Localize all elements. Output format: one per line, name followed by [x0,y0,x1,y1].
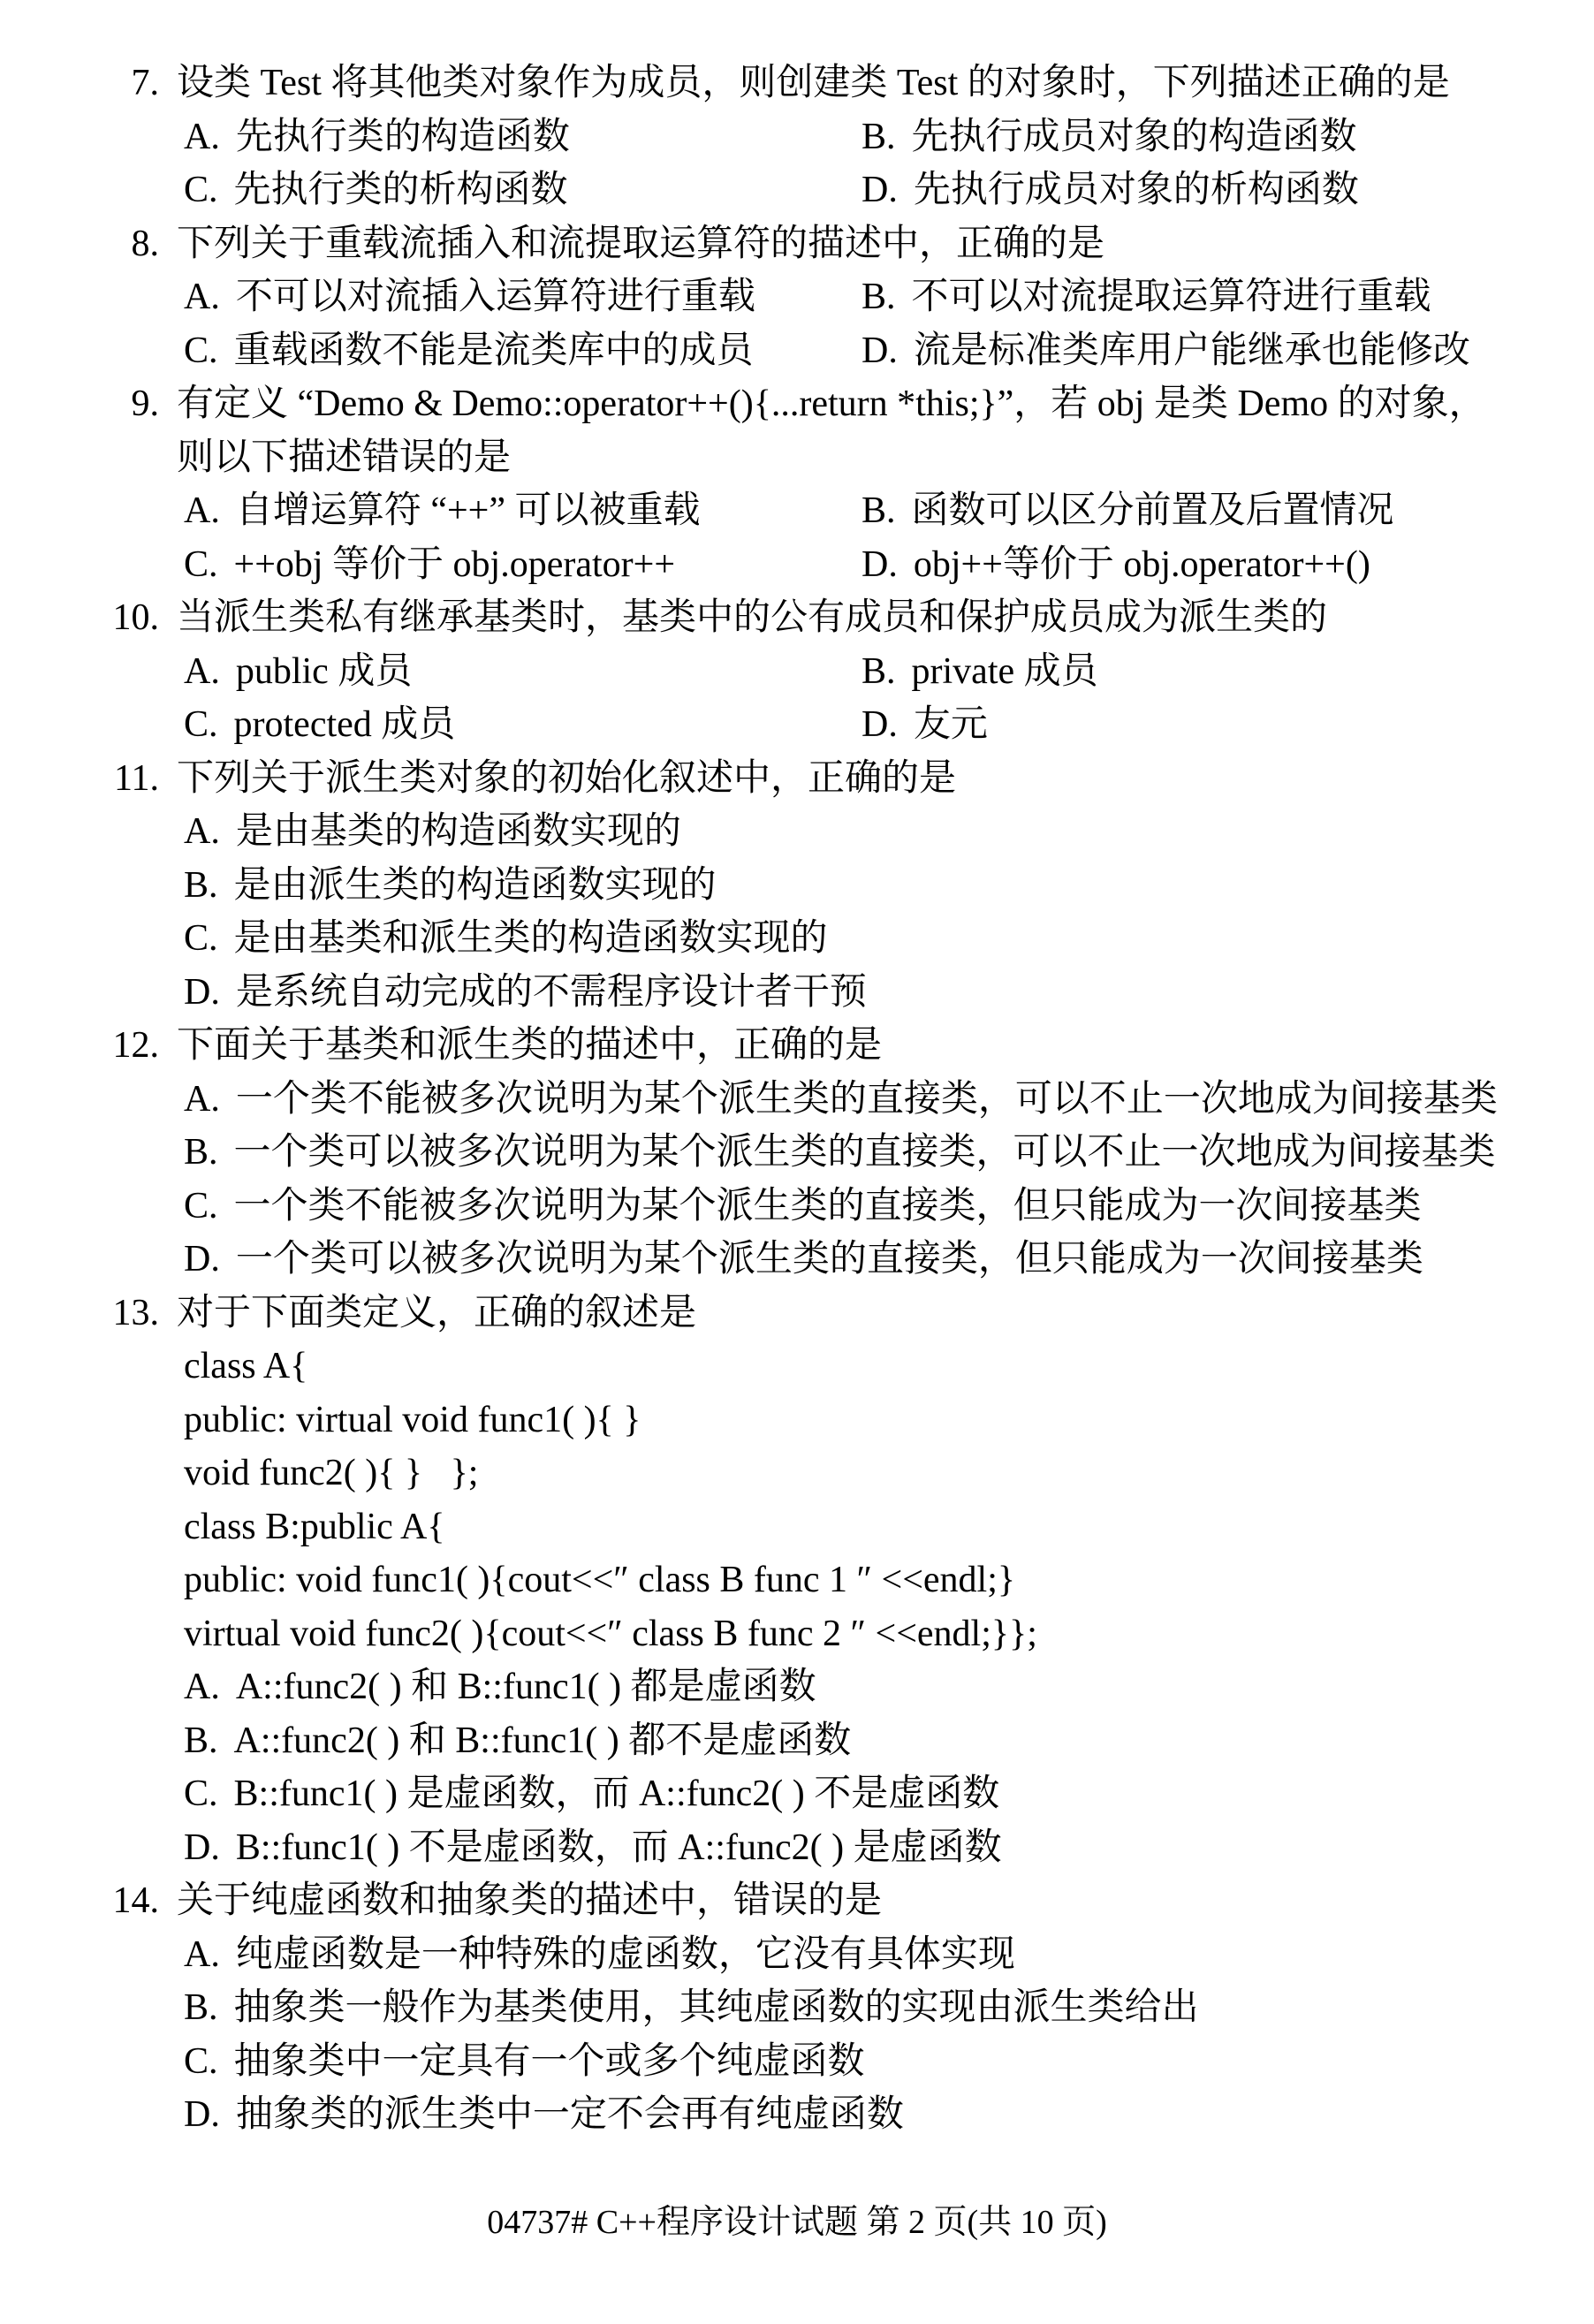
option-b: B.不可以对流提取运算符进行重载 [862,270,1431,324]
option-text: ++obj 等价于 obj.operator++ [234,544,676,585]
code-line: class B:public A{ [0,1500,1594,1554]
question-stem: 设类 Test 将其他类对象作为成员，则创建类 Test 的对象时，下列描述正确… [177,57,1450,110]
option-a: A.先执行类的构造函数 [184,110,862,164]
option-a: A.A::func2( ) 和 B::func1( ) 都是虚函数 [184,1660,816,1714]
option-text: private 成员 [912,651,1098,692]
option-b: B.private 成员 [862,645,1098,699]
option-text: 函数可以区分前置及后置情况 [912,490,1394,531]
option-label: D. [862,330,898,371]
question-7-options-cd: C.先执行类的析构函数 D.先执行成员对象的析构函数 [0,163,1594,217]
question-11-option-c: C.是由基类和派生类的构造函数实现的 [0,912,1594,966]
option-label: C. [184,1186,218,1227]
option-d: D.抽象类的派生类中一定不会再有纯虚函数 [184,2088,904,2142]
option-label: D. [862,704,898,745]
code-line: virtual void func2( ){cout<<″ class B fu… [0,1607,1594,1661]
question-number: 8. [0,217,159,271]
exam-content: 7. 设类 Test 将其他类对象作为成员，则创建类 Test 的对象时，下列描… [0,57,1594,2142]
question-number: 14. [0,1874,159,1928]
option-label: A. [184,277,220,317]
option-text: 先执行类的析构函数 [234,170,568,210]
option-label: D. [862,544,898,585]
option-text: 是由派生类的构造函数实现的 [234,865,717,906]
option-c: C.++obj 等价于 obj.operator++ [184,538,862,592]
question-9-stem-row: 9. 有定义 “Demo & Demo::operator++(){...ret… [0,377,1594,431]
question-11-option-b: B.是由派生类的构造函数实现的 [0,859,1594,913]
option-label: B. [862,651,896,692]
question-number: 10. [0,591,159,645]
question-9-stem-cont: 则以下描述错误的是 [0,431,1594,485]
question-stem: 对于下面类定义，正确的叙述是 [177,1287,696,1340]
option-c: C.先执行类的析构函数 [184,163,862,217]
option-b: B.函数可以区分前置及后置情况 [862,484,1394,538]
option-text: 不可以对流插入运算符进行重载 [236,277,755,317]
question-10-options-cd: C.protected 成员 D.友元 [0,698,1594,752]
option-label: A. [184,1667,220,1707]
option-label: D. [184,1827,220,1868]
question-14-option-c: C.抽象类中一定具有一个或多个纯虚函数 [0,2035,1594,2089]
option-text: protected 成员 [234,704,456,745]
question-10-options-ab: A.public 成员 B.private 成员 [0,645,1594,699]
option-text: 重载函数不能是流类库中的成员 [234,330,754,371]
question-stem: 当派生类私有继承基类时，基类中的公有成员和保护成员成为派生类的 [177,591,1327,645]
option-text: B::func1( ) 不是虚函数，而 A::func2( ) 是虚函数 [236,1827,1002,1868]
option-a: A.纯虚函数是一种特殊的虚函数，它没有具体实现 [184,1928,1015,1982]
question-13-option-b: B.A::func2( ) 和 B::func1( ) 都不是虚函数 [0,1714,1594,1768]
option-d: D.B::func1( ) 不是虚函数，而 A::func2( ) 是虚函数 [184,1821,1002,1875]
option-label: B. [862,117,896,157]
option-text: 抽象类的派生类中一定不会再有纯虚函数 [236,2094,904,2135]
question-11: 11. 下列关于派生类对象的初始化叙述中，正确的是 A.是由基类的构造函数实现的… [0,752,1594,1020]
option-d: D.友元 [862,698,988,752]
question-11-stem-row: 11. 下列关于派生类对象的初始化叙述中，正确的是 [0,752,1594,806]
question-14-option-a: A.纯虚函数是一种特殊的虚函数，它没有具体实现 [0,1928,1594,1982]
code-line: class A{ [0,1340,1594,1394]
option-d: D.obj++等价于 obj.operator++() [862,538,1370,592]
question-number: 11. [0,752,159,806]
question-11-option-a: A.是由基类的构造函数实现的 [0,805,1594,859]
option-b: B.A::func2( ) 和 B::func1( ) 都不是虚函数 [184,1714,851,1768]
option-b: B.一个类可以被多次说明为某个派生类的直接类，可以不止一次地成为间接基类 [184,1126,1496,1180]
option-label: C. [184,1773,218,1814]
option-text: A::func2( ) 和 B::func1( ) 都是虚函数 [236,1667,816,1707]
question-7-stem-row: 7. 设类 Test 将其他类对象作为成员，则创建类 Test 的对象时，下列描… [0,57,1594,110]
question-stem: 关于纯虚函数和抽象类的描述中，错误的是 [177,1874,882,1928]
question-number: 12. [0,1019,159,1073]
option-a: A.是由基类的构造函数实现的 [184,805,681,859]
question-7: 7. 设类 Test 将其他类对象作为成员，则创建类 Test 的对象时，下列描… [0,57,1594,217]
question-12-option-b: B.一个类可以被多次说明为某个派生类的直接类，可以不止一次地成为间接基类 [0,1126,1594,1180]
option-text: 一个类可以被多次说明为某个派生类的直接类，但只能成为一次间接基类 [236,1239,1423,1280]
option-text: A::func2( ) 和 B::func1( ) 都不是虚函数 [234,1720,852,1761]
question-10: 10. 当派生类私有继承基类时，基类中的公有成员和保护成员成为派生类的 A.pu… [0,591,1594,752]
option-label: D. [184,2094,220,2135]
question-13-option-a: A.A::func2( ) 和 B::func1( ) 都是虚函数 [0,1660,1594,1714]
question-12-option-d: D.一个类可以被多次说明为某个派生类的直接类，但只能成为一次间接基类 [0,1233,1594,1287]
question-stem: 有定义 “Demo & Demo::operator++(){...return… [177,377,1486,431]
option-a: A.自增运算符 “++” 可以被重载 [184,484,862,538]
question-14-option-d: D.抽象类的派生类中一定不会再有纯虚函数 [0,2088,1594,2142]
option-text: 一个类可以被多次说明为某个派生类的直接类，可以不止一次地成为间接基类 [234,1132,1496,1173]
option-label: C. [184,544,218,585]
option-label: B. [862,277,896,317]
code-line: void func2( ){ } }; [0,1447,1594,1500]
question-13: 13. 对于下面类定义，正确的叙述是 class A{ public: virt… [0,1287,1594,1875]
question-11-option-d: D.是系统自动完成的不需程序设计者干预 [0,966,1594,1020]
option-b: B.抽象类一般作为基类使用，其纯虚函数的实现由派生类给出 [184,1981,1199,2035]
option-label: C. [184,330,218,371]
question-9: 9. 有定义 “Demo & Demo::operator++(){...ret… [0,377,1594,591]
question-13-option-d: D.B::func1( ) 不是虚函数，而 A::func2( ) 是虚函数 [0,1821,1594,1875]
option-d: D.先执行成员对象的析构函数 [862,163,1359,217]
option-label: D. [184,1239,220,1280]
option-label: B. [184,1987,218,2028]
option-text: 一个类不能被多次说明为某个派生类的直接类，可以不止一次地成为间接基类 [236,1079,1498,1120]
question-number: 13. [0,1287,159,1340]
question-number: 7. [0,57,159,110]
option-label: C. [184,918,218,959]
option-c: C.抽象类中一定具有一个或多个纯虚函数 [184,2035,865,2089]
question-8-options-ab: A.不可以对流插入运算符进行重载 B.不可以对流提取运算符进行重载 [0,270,1594,324]
option-label: A. [184,811,220,852]
option-text: 自增运算符 “++” 可以被重载 [236,490,701,531]
question-14: 14. 关于纯虚函数和抽象类的描述中，错误的是 A.纯虚函数是一种特殊的虚函数，… [0,1874,1594,2142]
option-text: 是由基类和派生类的构造函数实现的 [234,918,828,959]
option-text: B::func1( ) 是虚函数，而 A::func2( ) 不是虚函数 [234,1773,1000,1814]
question-stem: 下列关于派生类对象的初始化叙述中，正确的是 [177,752,956,806]
option-label: A. [184,1079,220,1120]
option-a: A.一个类不能被多次说明为某个派生类的直接类，可以不止一次地成为间接基类 [184,1073,1498,1127]
option-label: A. [184,117,220,157]
option-label: C. [184,704,218,745]
option-c: C.B::func1( ) 是虚函数，而 A::func2( ) 不是虚函数 [184,1767,999,1821]
option-label: B. [184,865,218,906]
question-13-stem-row: 13. 对于下面类定义，正确的叙述是 [0,1287,1594,1340]
question-9-options-ab: A.自增运算符 “++” 可以被重载 B.函数可以区分前置及后置情况 [0,484,1594,538]
exam-page: 7. 设类 Test 将其他类对象作为成员，则创建类 Test 的对象时，下列描… [0,0,1594,2324]
option-c: C.protected 成员 [184,698,862,752]
question-14-stem-row: 14. 关于纯虚函数和抽象类的描述中，错误的是 [0,1874,1594,1928]
option-d: D.流是标准类库用户能继承也能修改 [862,324,1470,378]
question-7-options-ab: A.先执行类的构造函数 B.先执行成员对象的构造函数 [0,110,1594,164]
page-footer: 04737# C++程序设计试题 第 2 页(共 10 页) [0,2196,1594,2249]
question-stem: 下列关于重载流插入和流提取运算符的描述中，正确的是 [177,217,1104,271]
option-text: 先执行类的构造函数 [236,117,570,157]
option-label: A. [184,1934,220,1975]
option-a: A.不可以对流插入运算符进行重载 [184,270,862,324]
question-stem: 下面关于基类和派生类的描述中，正确的是 [177,1019,882,1073]
option-label: B. [184,1720,218,1761]
option-text: 一个类不能被多次说明为某个派生类的直接类，但只能成为一次间接基类 [234,1186,1422,1227]
question-stem-continuation: 则以下描述错误的是 [177,437,511,478]
question-8-stem-row: 8. 下列关于重载流插入和流提取运算符的描述中，正确的是 [0,217,1594,271]
option-b: B.是由派生类的构造函数实现的 [184,859,717,913]
option-label: B. [862,490,896,531]
option-label: A. [184,490,220,531]
option-label: C. [184,170,218,210]
question-12: 12. 下面关于基类和派生类的描述中，正确的是 A.一个类不能被多次说明为某个派… [0,1019,1594,1287]
question-8-options-cd: C.重载函数不能是流类库中的成员 D.流是标准类库用户能继承也能修改 [0,324,1594,378]
option-text: 纯虚函数是一种特殊的虚函数，它没有具体实现 [236,1934,1015,1975]
question-12-option-a: A.一个类不能被多次说明为某个派生类的直接类，可以不止一次地成为间接基类 [0,1073,1594,1127]
question-number: 9. [0,377,159,431]
question-9-options-cd: C.++obj 等价于 obj.operator++ D.obj++等价于 ob… [0,538,1594,592]
question-14-option-b: B.抽象类一般作为基类使用，其纯虚函数的实现由派生类给出 [0,1981,1594,2035]
option-text: 是系统自动完成的不需程序设计者干预 [236,972,867,1013]
option-text: obj++等价于 obj.operator++() [914,544,1370,585]
option-text: 不可以对流提取运算符进行重载 [912,277,1431,317]
option-label: D. [184,972,220,1013]
question-12-option-c: C.一个类不能被多次说明为某个派生类的直接类，但只能成为一次间接基类 [0,1180,1594,1234]
option-b: B.先执行成员对象的构造函数 [862,110,1357,164]
option-label: B. [184,1132,218,1173]
option-text: 抽象类一般作为基类使用，其纯虚函数的实现由派生类给出 [234,1987,1199,2028]
question-12-stem-row: 12. 下面关于基类和派生类的描述中，正确的是 [0,1019,1594,1073]
question-8: 8. 下列关于重载流插入和流提取运算符的描述中，正确的是 A.不可以对流插入运算… [0,217,1594,378]
option-label: A. [184,651,220,692]
option-d: D.是系统自动完成的不需程序设计者干预 [184,966,867,1020]
code-line: public: virtual void func1( ){ } [0,1394,1594,1447]
option-text: 先执行成员对象的构造函数 [912,117,1357,157]
option-d: D.一个类可以被多次说明为某个派生类的直接类，但只能成为一次间接基类 [184,1233,1423,1287]
code-line: public: void func1( ){cout<<″ class B fu… [0,1553,1594,1607]
option-c: C.重载函数不能是流类库中的成员 [184,324,862,378]
option-c: C.一个类不能被多次说明为某个派生类的直接类，但只能成为一次间接基类 [184,1180,1422,1234]
option-text: 流是标准类库用户能继承也能修改 [914,330,1470,371]
option-a: A.public 成员 [184,645,862,699]
option-label: D. [862,170,898,210]
option-text: 是由基类的构造函数实现的 [236,811,681,852]
option-text: 先执行成员对象的析构函数 [914,170,1359,210]
option-text: public 成员 [236,651,412,692]
question-13-option-c: C.B::func1( ) 是虚函数，而 A::func2( ) 不是虚函数 [0,1767,1594,1821]
option-text: 抽象类中一定具有一个或多个纯虚函数 [234,2041,865,2082]
option-c: C.是由基类和派生类的构造函数实现的 [184,912,828,966]
option-text: 友元 [914,704,988,745]
question-10-stem-row: 10. 当派生类私有继承基类时，基类中的公有成员和保护成员成为派生类的 [0,591,1594,645]
option-label: C. [184,2041,218,2082]
